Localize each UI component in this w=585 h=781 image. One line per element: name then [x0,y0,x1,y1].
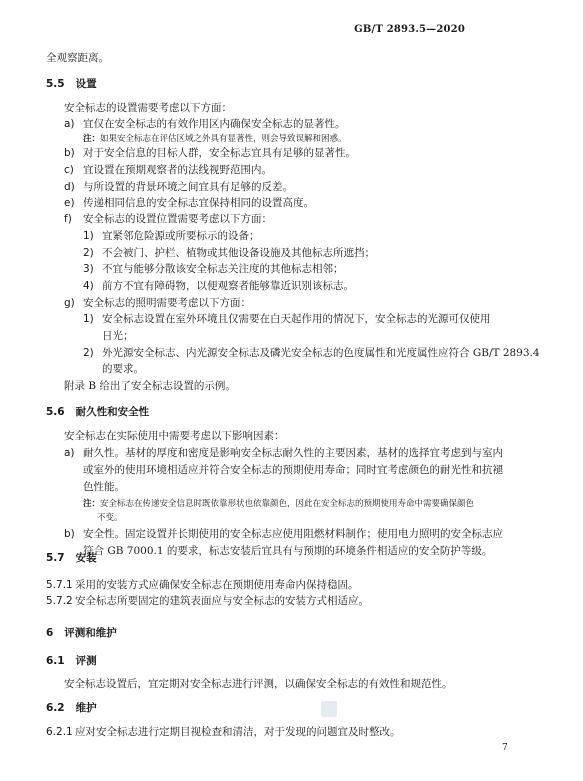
note-prefix: 注： [83,499,100,509]
list-label: 3) [83,262,102,276]
heading-number: 5.7 [46,552,65,564]
list-text: 安全标志的设置位置需要考虑以下方面： [83,213,272,225]
list-text: 前方不宜有障碍物，以便观察者能够靠近识别该标志。 [102,280,354,292]
list-text: 外光源安全标志、内光源安全标志及磷光安全标志的色度属性和光度属性应符合 GB/T… [102,347,540,359]
sub-list-item: 2)不会被门、护栏、植物或其他设备设施及其他标志所遮挡； [83,246,375,260]
list-text: 安全标志的照明需要考虑以下方面： [83,297,251,309]
list-item: f)安全标志的设置位置需要考虑以下方面： [64,212,272,226]
heading-title: 耐久性和安全性 [76,406,150,418]
list-text: 安全性。固定设置并长期使用的安全标志应使用阻燃材料制作；使用电力照明的安全标志应 [83,528,503,540]
list-item: a)宜仅在安全标志的有效作用区内确保安全标志的显著性。 [64,117,346,131]
sub-list-item: 3)不宜与能够分散该安全标志关注度的其他标志相邻； [83,262,344,276]
clause-text: 应对安全标志进行定期目视检查和清洁，对于发现的问题宜及时整改。 [75,726,401,738]
heading-title: 维护 [76,702,97,714]
list-item: b)安全性。固定设置并长期使用的安全标志应使用阻燃材料制作；使用电力照明的安全标… [64,527,503,541]
sub-list-item: 1)宜紧邻危险源或所要标示的设备； [83,229,260,243]
list-label: 2) [83,346,102,360]
heading-number: 5.5 [46,78,65,90]
list-label: a) [64,446,83,460]
list-text-continued: 日光； [102,329,134,343]
paragraph: 附录 B 给出了安全标志设置的示例。 [64,379,236,393]
note-continued: 不变。 [97,511,123,525]
list-label: e) [64,196,83,210]
note-prefix: 注： [83,134,100,144]
list-label: 1) [83,312,102,326]
page-number: 7 [502,743,508,753]
standard-number-header: GB/T 2893.5—2020 [354,24,465,35]
sub-list-item: 4)前方不宜有障碍物，以便观察者能够靠近识别该标志。 [83,279,354,293]
list-label: 4) [83,279,102,293]
list-label: b) [64,146,83,160]
list-text: 不宜与能够分散该安全标志关注度的其他标志相邻； [102,263,344,275]
heading-6-1: 6.1 评测 [46,654,97,668]
heading-5-7: 5.7 安装 [46,551,97,565]
list-item: a)耐久性。基材的厚度和密度是影响安全标志耐久性的主要因素，基材的选择宜考虑到与… [64,446,503,460]
note-text: 如果安全标志在评估区域之外具有显著性，则会导致误解和困惑。 [100,134,347,144]
list-text: 宜紧邻危险源或所要标示的设备； [102,230,260,242]
list-label: d) [64,180,83,194]
clause-5-7-1: 5.7.1采用的安装方式应确保安全标志在预期使用寿命内保持稳固。 [46,578,359,592]
list-item: b)对于安全信息的目标人群，安全标志宜具有足够的显著性。 [64,146,356,160]
list-text: 宜设置在预期观察者的法线视野范围内。 [83,164,272,176]
clause-text: 采用的安装方式应确保安全标志在预期使用寿命内保持稳固。 [75,579,359,591]
clause-number: 6.2.1 [46,725,75,739]
heading-title: 安装 [76,552,97,564]
heading-number: 6.2 [46,702,65,714]
list-label: g) [64,296,83,310]
list-label: 2) [83,246,102,260]
list-item: e)传递相同信息的安全标志宜保持相同的设置高度。 [64,196,314,210]
list-item: g)安全标志的照明需要考虑以下方面： [64,296,251,310]
note: 注：安全标志在传递安全信息时既依靠形状也依靠颜色，因此在安全标志的预期使用寿命中… [83,497,474,511]
list-item: d)与所设置的背景环境之间宜具有足够的反差。 [64,180,293,194]
heading-5-5: 5.5 设置 [46,77,97,91]
list-label: 1) [83,229,102,243]
note-text: 安全标志在传递安全信息时既依靠形状也依靠颜色，因此在安全标志的预期使用寿命中需要… [100,499,474,509]
list-label: c) [64,163,83,177]
list-text-continued: 符合 GB 7000.1 的要求，标志安装后宜具有与预期的环境条件相适应的安全防… [83,544,492,558]
list-text: 传递相同信息的安全标志宜保持相同的设置高度。 [83,197,314,209]
clause-5-7-2: 5.7.2安全标志所要固定的建筑表面应与安全标志的安装方式相适应。 [46,594,369,608]
list-text: 对于安全信息的目标人群，安全标志宜具有足够的显著性。 [83,147,356,159]
heading-number: 6.1 [46,655,65,667]
list-label: b) [64,527,83,541]
list-text: 安全标志设置在室外环境且仅需要在白天起作用的情况下，安全标志的光源可仅使用 [102,313,491,325]
list-label: f) [64,212,83,226]
list-text-continued: 或室外的使用环境相适应并符合安全标志的预期使用寿命；同时宜考虑颜色的耐光性和抗褪 [83,463,503,477]
paragraph: 安全标志设置后，宜定期对安全标志进行评测，以确保安全标志的有效性和规范性。 [64,677,453,691]
heading-title: 设置 [76,78,97,90]
heading-6: 6 评测和维护 [46,626,117,640]
clause-number: 5.7.2 [46,594,75,608]
watermark-logo-icon [321,701,337,717]
list-text-continued: 色性能。 [83,480,125,494]
heading-title: 评测 [76,655,97,667]
heading-number: 5.6 [46,406,65,418]
list-text-continued: 的要求。 [102,362,144,376]
continuation-line: 全观察距离。 [46,51,109,65]
note: 注：如果安全标志在评估区域之外具有显著性，则会导致误解和困惑。 [83,132,347,146]
list-item: c)宜设置在预期观察者的法线视野范围内。 [64,163,272,177]
sub-list-item: 2)外光源安全标志、内光源安全标志及磷光安全标志的色度属性和光度属性应符合 GB… [83,346,540,360]
heading-number: 6 [46,627,53,639]
paragraph: 安全标志在实际使用中需要考虑以下影响因素： [64,429,285,443]
heading-5-6: 5.6 耐久性和安全性 [46,405,149,419]
list-text: 耐久性。基材的厚度和密度是影响安全标志耐久性的主要因素，基材的选择宜考虑到与室内 [83,447,503,459]
clause-6-2-1: 6.2.1应对安全标志进行定期目视检查和清洁，对于发现的问题宜及时整改。 [46,725,401,739]
list-label: a) [64,117,83,131]
heading-6-2: 6.2 维护 [46,701,97,715]
list-text: 与所设置的背景环境之间宜具有足够的反差。 [83,181,293,193]
paragraph: 安全标志的设置需要考虑以下方面： [64,101,232,115]
list-text: 宜仅在安全标志的有效作用区内确保安全标志的显著性。 [83,118,346,130]
heading-title: 评测和维护 [64,627,117,639]
list-text: 不会被门、护栏、植物或其他设备设施及其他标志所遮挡； [102,247,375,259]
clause-text: 安全标志所要固定的建筑表面应与安全标志的安装方式相适应。 [75,595,369,607]
clause-number: 5.7.1 [46,578,75,592]
sub-list-item: 1)安全标志设置在室外环境且仅需要在白天起作用的情况下，安全标志的光源可仅使用 [83,312,491,326]
